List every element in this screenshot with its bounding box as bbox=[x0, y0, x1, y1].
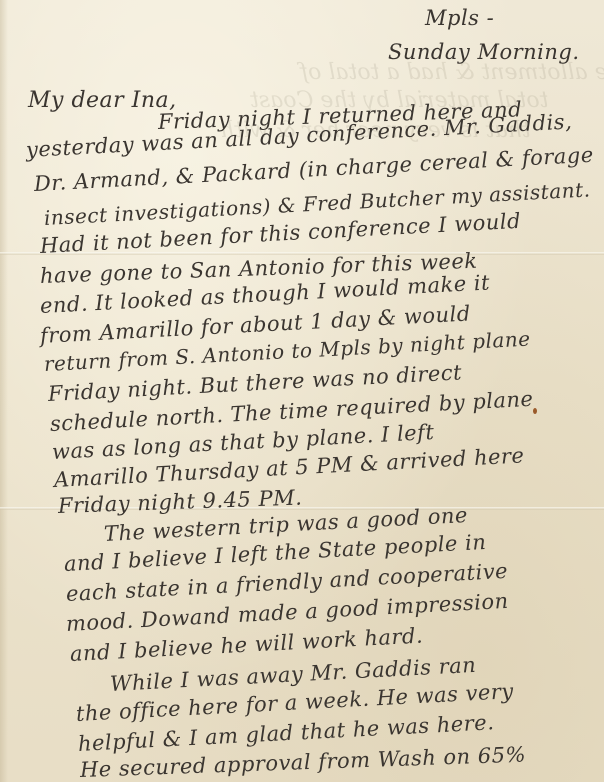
ink-stain bbox=[533, 408, 537, 414]
letter-day: Sunday Morning. bbox=[388, 40, 580, 64]
letter-place: Mpls - bbox=[425, 6, 494, 30]
letter-page: of the allotment & had a total of total … bbox=[0, 0, 604, 782]
page-edge-shadow bbox=[0, 0, 8, 782]
salutation: My dear Ina, bbox=[28, 88, 177, 113]
